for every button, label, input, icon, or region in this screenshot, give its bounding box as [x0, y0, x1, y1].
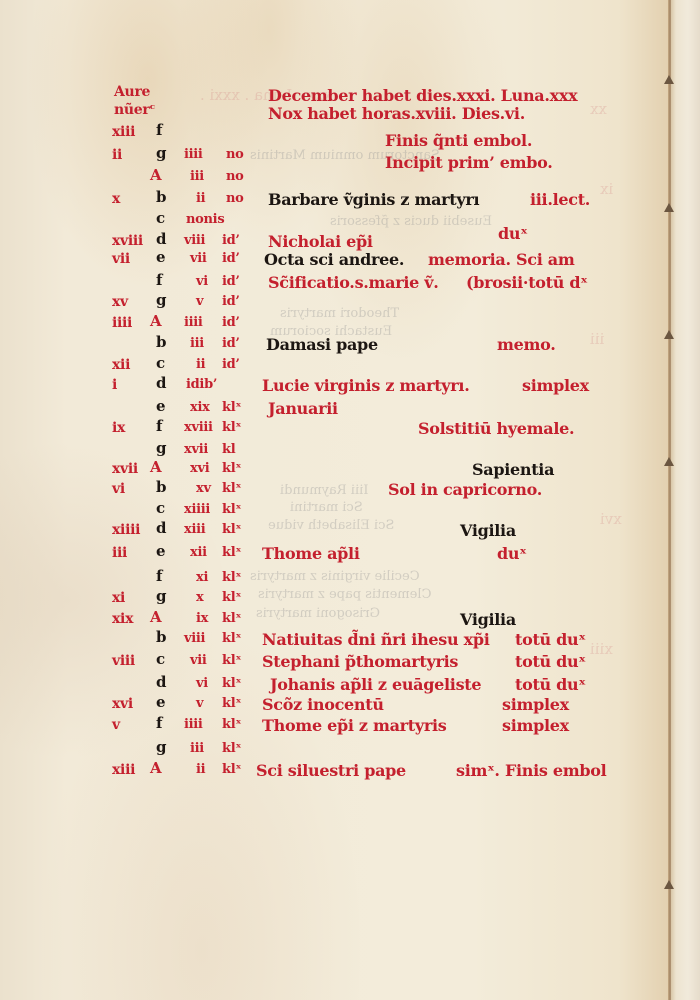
date-term: klˣ [222, 546, 241, 559]
golden-number: x [112, 192, 120, 206]
golden-number: iii [112, 546, 127, 560]
feast-rank: totū duˣ [515, 632, 586, 648]
dominical-letter: g [156, 146, 166, 161]
feast-rank: duˣ [498, 226, 528, 242]
feast-rank: duˣ [497, 546, 527, 562]
month-heading: December habet dies.xxxi. Luna.xxx [268, 88, 577, 104]
show-through-text: ix [600, 180, 613, 198]
golden-number: xv [112, 295, 128, 309]
feast-rank: Vigilia [460, 523, 516, 539]
date-term: klˣ [222, 697, 241, 710]
dominical-letter: e [156, 399, 165, 414]
date-term: id’ [222, 337, 240, 350]
golden-number: xiii [112, 125, 135, 139]
date-term: id’ [222, 234, 240, 247]
roman-date: xviii [184, 421, 213, 434]
date-term: id’ [222, 252, 240, 265]
golden-number: v [112, 718, 120, 732]
roman-date: x [196, 591, 203, 604]
dominical-letter: c [156, 211, 165, 226]
feast-rank: Vigilia [460, 612, 516, 628]
golden-number: iiii [112, 316, 132, 330]
date-term: klˣ [222, 462, 241, 475]
date-term: id’ [222, 295, 240, 308]
roman-date: vi [196, 677, 208, 690]
roman-date: vii [190, 252, 207, 265]
dominical-letter: f [156, 716, 162, 731]
roman-date: idib’ [186, 378, 217, 391]
epact-end-note: Finis q̃nti embol. [385, 133, 532, 149]
roman-date: ii [196, 192, 205, 205]
dominical-letter: f [156, 419, 162, 434]
dominical-letter: d [156, 675, 166, 690]
show-through-text: iii [590, 330, 604, 348]
golden-number: xii [112, 358, 130, 372]
epact-start-note: Incipit prim’ embo. [385, 155, 553, 171]
golden-number: xi [112, 591, 125, 605]
golden-number: xiiii [112, 523, 140, 537]
feast-name: Johanis ap̃li z euāgeliste [270, 677, 481, 693]
roman-date: ii [196, 358, 205, 371]
date-term: id’ [222, 275, 240, 288]
roman-date: xv [196, 482, 211, 495]
roman-date: xix [190, 401, 210, 414]
roman-date: xvi [190, 462, 209, 475]
roman-date: xiii [184, 523, 205, 536]
date-term: klˣ [222, 421, 241, 434]
roman-date: nonis [186, 213, 224, 226]
dominical-letter: c [156, 356, 165, 371]
feast-rank: totū duˣ [515, 677, 586, 693]
roman-date: v [196, 697, 203, 710]
dominical-letter: b [156, 190, 166, 205]
feast-name: Natiuitas d̃ni ñri ihesu xp̃i [262, 632, 490, 648]
roman-date: iiii [184, 718, 203, 731]
roman-date: viii [184, 234, 205, 247]
binding-fold [669, 0, 671, 1000]
date-term: klˣ [222, 718, 241, 731]
golden-number-header: Aure [114, 85, 150, 99]
feast-rank: Sapientia [472, 462, 554, 478]
date-term: id’ [222, 316, 240, 329]
feast-name: Sci siluestri pape [256, 763, 406, 779]
feast-name: Nicholai ep̃i [268, 234, 373, 250]
stitch-mark-icon [664, 330, 674, 339]
date-term: id’ [222, 358, 240, 371]
roman-date: viii [184, 632, 205, 645]
feast-name: Thome ep̃i z martyris [262, 718, 447, 734]
dominical-letter: b [156, 630, 166, 645]
golden-number: viii [112, 654, 135, 668]
date-term: klˣ [222, 482, 241, 495]
feast-name: Stephani p̃thomartyris [262, 654, 458, 670]
feast-rank: Sol in capricorno. [388, 482, 542, 498]
roman-date: ix [196, 612, 208, 625]
roman-date: iiii [184, 148, 203, 161]
roman-date: xii [190, 546, 207, 559]
dominical-letter: b [156, 335, 166, 350]
show-through-text: Grisogoni martyris [256, 606, 380, 621]
dominical-letter: c [156, 652, 165, 667]
date-term: klˣ [222, 591, 241, 604]
stitch-mark-icon [664, 457, 674, 466]
dominical-letter: f [156, 569, 162, 584]
dominical-letter: A [150, 761, 161, 776]
dominical-letter: A [150, 610, 161, 625]
roman-date: v [196, 295, 203, 308]
roman-date: vii [190, 654, 207, 667]
roman-date: ii [196, 763, 205, 776]
golden-number: vii [112, 252, 130, 266]
feast-name: Thome ap̃li [262, 546, 360, 562]
golden-number-header-2: nũerᶜ [114, 103, 155, 117]
dominical-letter: c [156, 501, 165, 516]
roman-date: vi [196, 275, 208, 288]
show-through-text: Theodori martyris [280, 306, 399, 321]
golden-number: vi [112, 482, 125, 496]
dominical-letter: e [156, 250, 165, 265]
roman-date: xiiii [184, 503, 210, 516]
golden-number: xvi [112, 697, 133, 711]
date-term: klˣ [222, 571, 241, 584]
roman-date: iii [190, 742, 204, 755]
dominical-letter: f [156, 273, 162, 288]
calendar-page: xxx . Luna . xxxi . Sanctorum omnium Mar… [0, 0, 672, 1000]
show-through-text: Eusebii ducis z p̃fessoris [330, 214, 492, 229]
feast-rank: iii.lect. [530, 192, 590, 208]
date-term: klˣ [222, 523, 241, 536]
dominical-letter: e [156, 544, 165, 559]
golden-number: ii [112, 148, 122, 162]
roman-date: iii [190, 170, 204, 183]
golden-number: xvii [112, 462, 138, 476]
dominical-letter: d [156, 521, 166, 536]
dominical-letter: A [150, 168, 161, 183]
date-term: klˣ [222, 612, 241, 625]
date-term: klˣ [222, 677, 241, 690]
feast-name: Scõz inocentū [262, 697, 384, 713]
feast-rank: simˣ. Finis embol [456, 763, 606, 779]
feast-rank: simplex [522, 378, 589, 394]
feast-name: Lucie virginis z martyrı. [262, 378, 469, 394]
show-through-text: Clementis pape z martyris [258, 587, 431, 602]
stitch-mark-icon [664, 880, 674, 889]
dominical-letter: g [156, 293, 166, 308]
golden-number: xix [112, 612, 133, 626]
date-term: kl [222, 443, 235, 456]
date-term: klˣ [222, 763, 241, 776]
feast-name: Octa sci andree. [264, 252, 404, 268]
date-term: klˣ [222, 632, 241, 645]
feast-name: Sc̃ificatio.s.marie ṽ. [268, 275, 439, 291]
feast-name: Barbare ṽginis z martyrı [268, 192, 479, 208]
show-through-text: Sci Elisabeth vidue [268, 518, 394, 533]
show-through-text: Iiii Raymundi [280, 483, 368, 498]
stitch-mark-icon [664, 203, 674, 212]
show-through-text: Cecilie virginis z martyris [250, 569, 420, 584]
dominical-letter: b [156, 480, 166, 495]
roman-date: xi [196, 571, 208, 584]
night-day-hours: Nox habet horas.xviii. Dies.vi. [268, 106, 525, 122]
dominical-letter: A [150, 314, 161, 329]
golden-number: ix [112, 421, 125, 435]
feast-rank: memoria. Sci am [428, 252, 574, 268]
golden-number: xiii [112, 763, 135, 777]
dominical-letter: g [156, 589, 166, 604]
roman-date: xvii [184, 443, 208, 456]
stitch-mark-icon [664, 75, 674, 84]
dominical-letter: e [156, 695, 165, 710]
date-term: klˣ [222, 742, 241, 755]
dominical-letter: g [156, 441, 166, 456]
date-term: klˣ [222, 503, 241, 516]
date-term: no [226, 192, 244, 205]
feast-rank: Solstitiū hyemale. [418, 421, 574, 437]
golden-number: xviii [112, 234, 143, 248]
show-through-text: Sci martini [290, 500, 363, 515]
show-through-text: xiii [590, 640, 613, 658]
roman-date: iiii [184, 316, 203, 329]
feast-name: Damasi pape [266, 337, 378, 353]
feast-name: Januarii [268, 401, 338, 417]
dominical-letter: g [156, 740, 166, 755]
feast-rank: simplex [502, 718, 569, 734]
date-term: no [226, 170, 244, 183]
dominical-letter: d [156, 232, 166, 247]
book-gutter [668, 0, 700, 1000]
roman-date: iii [190, 337, 204, 350]
dominical-letter: d [156, 376, 166, 391]
date-term: no [226, 148, 244, 161]
date-term: klˣ [222, 654, 241, 667]
feast-rank: simplex [502, 697, 569, 713]
golden-number: i [112, 378, 117, 392]
feast-rank: (brosii·totū dˣ [466, 275, 588, 291]
feast-rank: totū duˣ [515, 654, 586, 670]
show-through-text: xvi [600, 510, 622, 528]
feast-rank: memo. [497, 337, 556, 353]
show-through-text: xx [590, 100, 607, 118]
date-term: klˣ [222, 401, 241, 414]
dominical-letter: f [156, 123, 162, 138]
dominical-letter: A [150, 460, 161, 475]
